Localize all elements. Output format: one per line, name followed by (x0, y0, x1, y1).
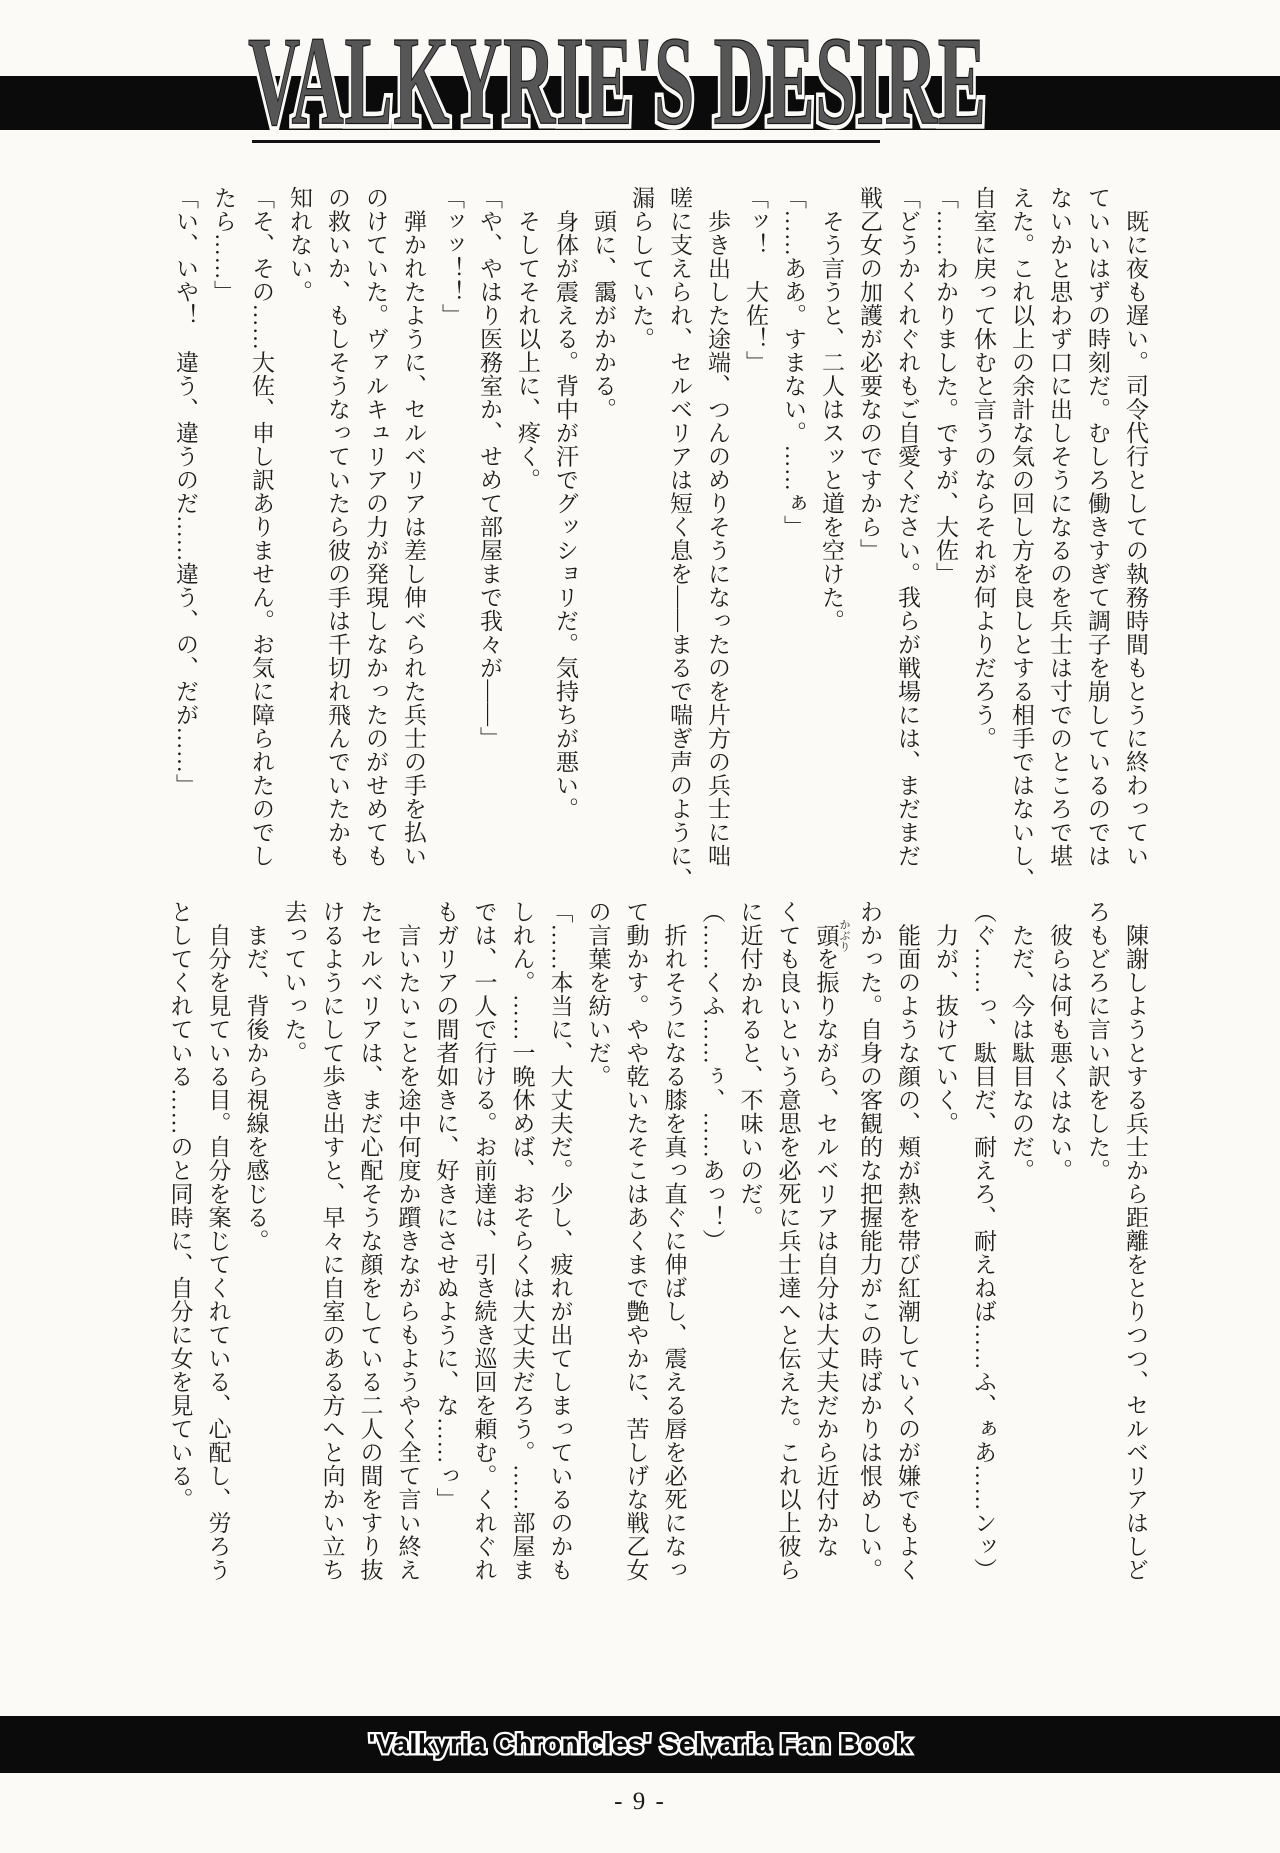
text-column: 彼らは何も悪くはない。 (1040, 900, 1078, 1616)
text-column: （ぐ……っ、駄目だ、耐えろ、耐えねば……ふ、ぁあ……ンッ） (964, 900, 1002, 1616)
text-column: 「そ、その……大佐、申し訳ありません。お気に障られたのでし (242, 186, 280, 902)
text-column: 「どうかくれぐれもご自愛ください。我らが戦場には、まだまだ (888, 186, 926, 902)
text-column: 「……ああ。すまない。……ぁ」 (774, 186, 812, 902)
text-column: ただ、今は駄目なのだ。 (1002, 900, 1040, 1616)
page-number: - 9 - (0, 1788, 1280, 1816)
text-column: そしてそれ以上に、疼く。 (508, 186, 546, 902)
text-column: わかった。自身の客観的な把握能力がこの時ばかりは恨めしい。 (850, 900, 888, 1616)
text-column: たセルベリアは、まだ心配そうな顔をしている二人の間をすり抜 (351, 900, 389, 1616)
text-column: 弾かれたように、セルベリアは差し伸べられた兵士の手を払い (394, 186, 432, 902)
text-column: しれん。……一晩休めば、おそらくは大丈夫だろう。……部屋ま (503, 900, 541, 1616)
text-column: くても良いという意思を必死に兵士達へと伝えた。これ以上彼ら (769, 900, 807, 1616)
page-title-text: VALKYRIE'S DESIRE (248, 18, 986, 146)
furigana-ruby: 頭かぶり (814, 924, 839, 948)
text-column: 能面のような顔の、頬が熱を帯び紅潮していくのが嫌でもよく (888, 900, 926, 1616)
text-column: まだ、背後から視線を感じる。 (237, 900, 275, 1616)
text-column: の言葉を紡いだ。 (579, 900, 617, 1616)
scanned-book-page: { "header": { "title": "VALKYRIE'S DESIR… (0, 0, 1280, 1853)
text-column: えた。これ以上の余計な気の回し方を良しとする相手ではないし、 (1002, 186, 1040, 902)
text-column: たら……」 (204, 186, 242, 902)
text-column: 言いたいことを途中何度か躓きながらもようやく全て言い終え (389, 900, 427, 1616)
text-column: の救いか、もしそうなっていたら彼の手は千切れ飛んでいたかも (318, 186, 356, 902)
text-column: 力が、抜けていく。 (926, 900, 964, 1616)
text-column: 自室に戻って休むと言うのならそれが何よりだろう。 (964, 186, 1002, 902)
text-column: 頭かぶりを振りながら、セルベリアは自分は大丈夫だから近付かな (807, 900, 851, 1616)
text-column: ていいはずの時刻だ。むしろ働きすぎて調子を崩しているのでは (1078, 186, 1116, 902)
text-column: 既に夜も遅い。司令代行としての執務時間もとうに終わってい (1116, 186, 1154, 902)
text-column: 折れそうになる膝を真っ直ぐに伸ばし、震える唇を必死になっ (655, 900, 693, 1616)
text-column: に近付かれると、不味いのだ。 (731, 900, 769, 1616)
text-column: 「ッ！ 大佐！」 (736, 186, 774, 902)
text-column: （……くふ……ぅ、……あっ！） (693, 900, 731, 1616)
footer-label-text: 'Valkyria Chronicles' Selvaria Fan Book (0, 1716, 1280, 1773)
story-section-top: 既に夜も遅い。司令代行としての執務時間もとうに終わっていていいはずの時刻だ。むし… (166, 186, 1154, 902)
text-column: 「ッッ！！」 (432, 186, 470, 902)
story-section-bottom: 陳謝しようとする兵士から距離をとりつつ、セルベリアはしどろもどろに言い訳をした。… (161, 900, 1155, 1616)
text-column: 去っていった。 (275, 900, 313, 1616)
text-column: 陳謝しようとする兵士から距離をとりつつ、セルベリアはしど (1116, 900, 1154, 1616)
text-column: 自分を見ている目。自分を案じてくれている、心配し、労ろう (199, 900, 237, 1616)
text-column: ろもどろに言い訳をした。 (1078, 900, 1116, 1616)
text-column: 身体が震える。背中が汗でグッショリだ。気持ちが悪い。 (546, 186, 584, 902)
title-underline (252, 140, 880, 143)
text-column: 「……わかりました。ですが、大佐」 (926, 186, 964, 902)
text-column: 「や、やはり医務室か、せめて部屋まで我々が——」 (470, 186, 508, 902)
text-column: 嗟に支えられ、セルベリアは短く息を——まるで喘ぎ声のように、 (660, 186, 698, 902)
text-column: のけていた。ヴァルキュリアの力が発現しなかったのがせめても (356, 186, 394, 902)
text-column: 知れない。 (280, 186, 318, 902)
text-column: 戦乙女の加護が必要なのですから」 (850, 186, 888, 902)
text-column: としてくれている……のと同時に、自分に女を見ている。 (161, 900, 199, 1616)
text-column: では、一人で行ける。お前達は、引き続き巡回を頼む。くれぐれ (465, 900, 503, 1616)
text-column: 頭に、靄がかかる。 (584, 186, 622, 902)
text-column: 漏らしていた。 (622, 186, 660, 902)
text-column: けるようにして歩き出すと、早々に自室のある方へと向かい立ち (313, 900, 351, 1616)
text-column: そう言うと、二人はスッと道を空けた。 (812, 186, 850, 902)
footer-label: 'Valkyria Chronicles' Selvaria Fan Book … (0, 1716, 1280, 1773)
text-column: 「い、いや！ 違う、違うのだ……違う、の、だが……」 (166, 186, 204, 902)
text-column: ないかと思わず口に出しそうになるのを兵士は寸でのところで堪 (1040, 186, 1078, 902)
text-column: もガリアの間者如きに、好きにさせぬように、な……っ」 (427, 900, 465, 1616)
text-column: 歩き出した途端、つんのめりそうになったのを片方の兵士に咄 (698, 186, 736, 902)
text-column: て動かす。やや乾いたそこはあくまで艶やかに、苦しげな戦乙女 (617, 900, 655, 1616)
text-column: 「……本当に、大丈夫だ。少し、疲れが出てしまっているのかも (541, 900, 579, 1616)
